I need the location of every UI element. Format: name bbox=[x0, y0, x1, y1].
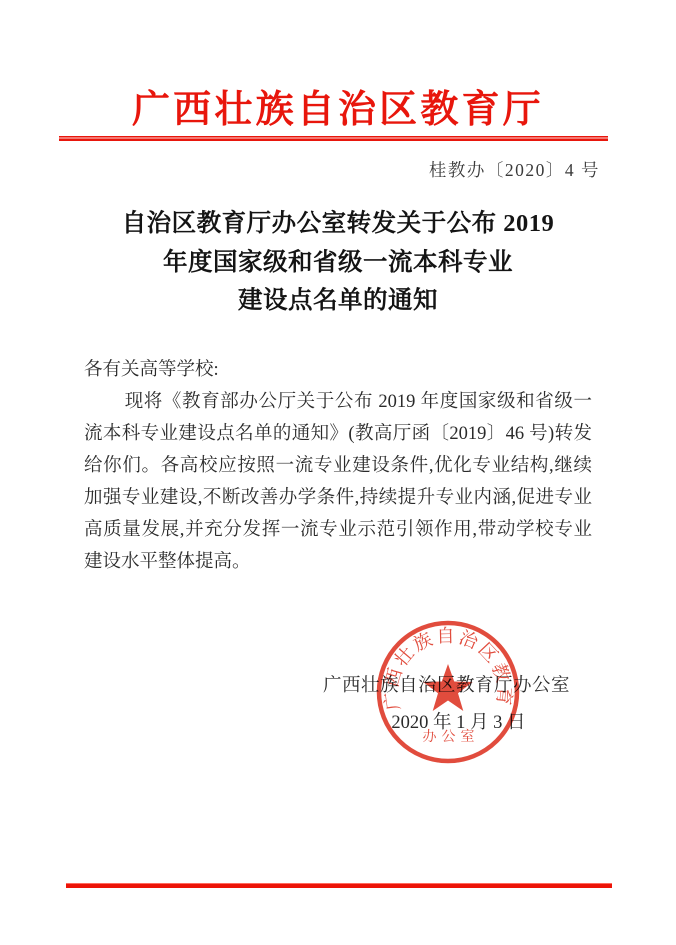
body-paragraph: 现将《教育部办公厅关于公布 2019 年度国家级和省级一流本科专业建设点名单的通… bbox=[84, 386, 592, 578]
notice-title-line-3: 建设点名单的通知 bbox=[0, 282, 676, 321]
notice-title-line-1: 自治区教育厅办公室转发关于公布 2019 bbox=[0, 205, 676, 244]
signer-name: 广西壮族自治区教育厅办公室 bbox=[323, 670, 570, 702]
header-rule bbox=[59, 136, 608, 141]
salutation: 各有关高等学校: bbox=[84, 354, 592, 386]
doc-number: 桂教办〔2020〕4 号 bbox=[429, 157, 600, 182]
notice-title: 自治区教育厅办公室转发关于公布 2019 年度国家级和省级一流本科专业 建设点名… bbox=[0, 205, 676, 321]
sign-date: 2020 年 1 月 3 日 bbox=[323, 707, 570, 739]
org-name: 广西壮族自治区教育厅 bbox=[0, 78, 676, 133]
signature-block: 广西壮族自治区教育厅办公室 2020 年 1 月 3 日 bbox=[323, 670, 570, 739]
footer-rule bbox=[66, 883, 612, 888]
notice-title-line-2: 年度国家级和省级一流本科专业 bbox=[0, 244, 676, 283]
body-text: 各有关高等学校: 现将《教育部办公厅关于公布 2019 年度国家级和省级一流本科… bbox=[84, 354, 592, 578]
page: 广西壮族自治区教育厅 桂教办〔2020〕4 号 自治区教育厅办公室转发关于公布 … bbox=[0, 0, 676, 945]
